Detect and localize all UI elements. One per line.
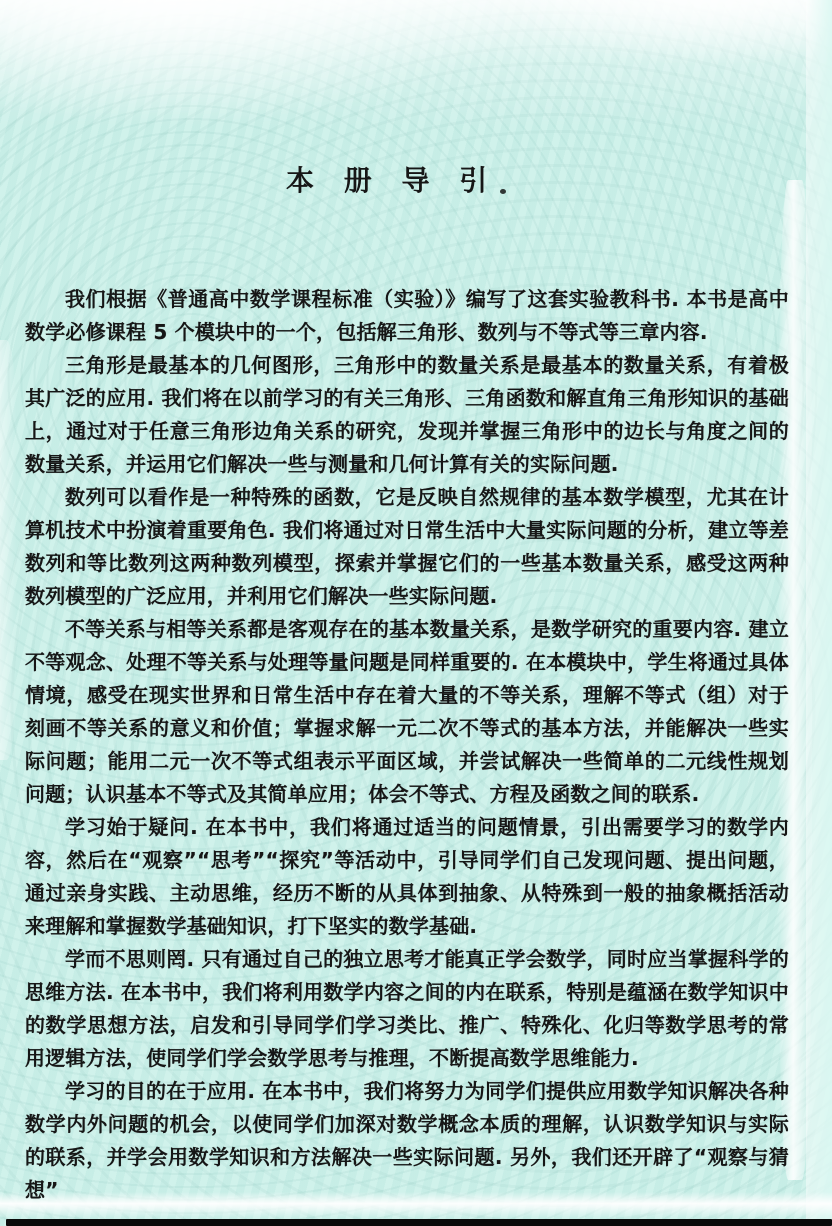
paragraph-application: 学习的目的在于应用. 在本书中，我们将努力为同学们提供应用数学知识解决各种数学内… bbox=[25, 1075, 789, 1207]
scan-left-white-streak bbox=[0, 340, 20, 760]
bottom-scan-bar bbox=[6, 1219, 832, 1226]
scanned-textbook-page: 本 册 导 引 我们根据《普通高中数学课程标准（实验）》编写了这套实验教科书. … bbox=[0, 0, 832, 1226]
page-title: 本 册 导 引 bbox=[286, 166, 497, 197]
paragraph-overview: 我们根据《普通高中数学课程标准（实验）》编写了这套实验教科书. 本书是高中数学必… bbox=[25, 283, 789, 349]
paragraph-inequalities: 不等关系与相等关系都是客观存在的基本数量关系，是数学研究的重要内容. 建立不等观… bbox=[25, 613, 789, 811]
paragraph-sequences: 数列可以看作是一种特殊的函数，它是反映自然规律的基本数学模型，尤其在计算机技术中… bbox=[25, 481, 789, 613]
introduction-text-block: 我们根据《普通高中数学课程标准（实验）》编写了这套实验教科书. 本书是高中数学必… bbox=[25, 283, 789, 1207]
scan-right-edge-light bbox=[806, 0, 832, 1226]
paragraph-learning-begins: 学习始于疑问. 在本书中，我们将通过适当的问题情景，引出需要学习的数学内容，然后… bbox=[25, 811, 789, 943]
ink-dot-artifact bbox=[500, 189, 506, 194]
paragraph-thinking: 学而不思则罔. 只有通过自己的独立思考才能真正学会数学，同时应当掌握科学的思维方… bbox=[25, 943, 789, 1075]
scan-top-white-fade bbox=[0, 0, 832, 170]
paragraph-triangles: 三角形是最基本的几何图形，三角形中的数量关系是最基本的数量关系，有着极其广泛的应… bbox=[25, 349, 789, 481]
